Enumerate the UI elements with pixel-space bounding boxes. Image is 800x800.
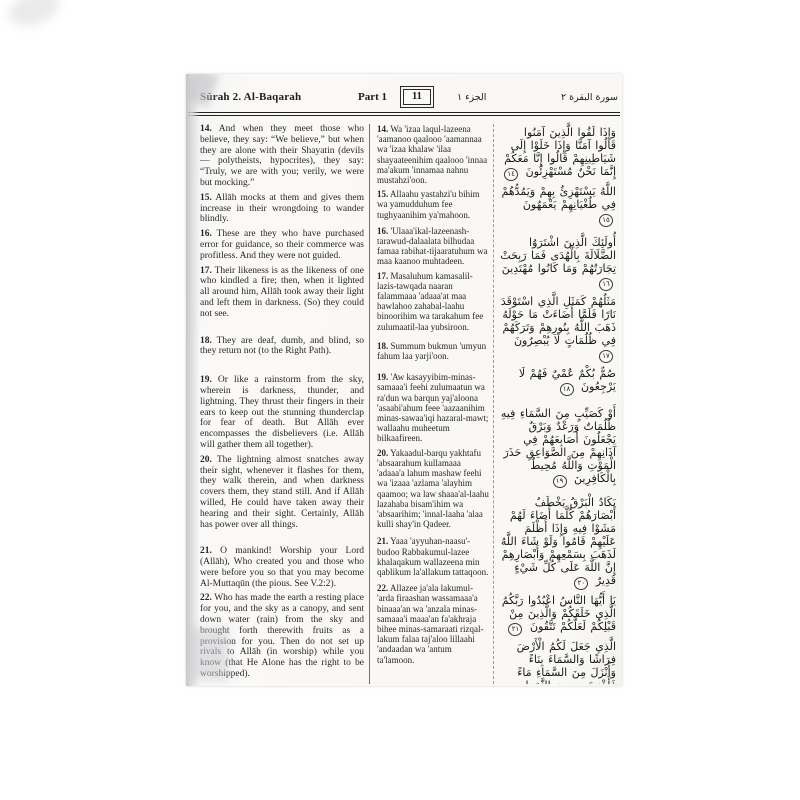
verse-22-translit: 22. Allazee ja'ala lakumul-'arda firaash… xyxy=(377,583,489,665)
surah-label-arabic: سورة البقرة ٢ xyxy=(561,92,618,103)
verse-number: 16. xyxy=(377,226,388,236)
verse-text: Who has made the earth a resting place f… xyxy=(200,593,364,679)
verse-20-arabic: يَكَادُ الْبَرْقُ يَخْطَفُ أَبْصَارَهُمْ… xyxy=(499,496,616,590)
verse-19-arabic: أَوْ كَصَيِّبٍ مِنَ السَّمَاءِ فِيهِ ظُل… xyxy=(499,407,616,488)
verse-17-english: 17. Their likeness is as the likeness of… xyxy=(200,266,364,320)
verse-number: 18. xyxy=(377,341,388,351)
verse-17-arabic: مَثَلُهُمْ كَمَثَلِ الَّذِي اسْتَوْقَدَ … xyxy=(499,295,616,363)
page-number-box: 11 xyxy=(403,89,431,105)
verse-text: Wa 'izaa laqul-lazeena 'aamanoo qaalooo … xyxy=(377,124,487,185)
verse-text: Allazee ja'ala lakumul-'arda firaashan w… xyxy=(377,583,483,664)
verse-15-english: 15. Allāh mocks at them and gives them i… xyxy=(200,193,364,225)
page-number: 11 xyxy=(412,91,422,102)
book-page: Sūrah 2. Al-Baqarah Part 1 11 الجزء ١ سو… xyxy=(186,74,622,686)
verse-number: 14. xyxy=(377,124,388,134)
verse-arabic-text: وَإِذَا لَقُوا الَّذِينَ آمَنُوا قَالُوا… xyxy=(504,126,616,178)
verse-19-english: 19. Or like a rainstorm from the sky, wh… xyxy=(200,375,364,451)
verse-text: These are they who have purchased error … xyxy=(200,229,364,261)
verse-number: 22. xyxy=(200,593,212,603)
verse-arabic-text: اللَّهُ يَسْتَهْزِئُ بِهِمْ وَيَمُدُّهُم… xyxy=(502,185,616,211)
verse-number: 15. xyxy=(377,189,388,199)
ayah-end-medallion: ١٤ xyxy=(504,168,518,181)
ayah-end-medallion: ١٩ xyxy=(553,475,567,488)
verse-number: 19. xyxy=(200,375,212,385)
verse-21-translit: 21. Yaaa 'ayyuhan-naasu'-budoo Rabbakumu… xyxy=(377,536,489,577)
verse-18-translit: 18. Summum bukmun 'umyun fahum laa yarji… xyxy=(377,341,489,361)
verse-arabic-text: الَّذِي جَعَلَ لَكُمُ الْأَرْضَ فِرَاشًا… xyxy=(509,640,616,684)
verse-arabic-text: مَثَلُهُمْ كَمَثَلِ الَّذِي اسْتَوْقَدَ … xyxy=(501,295,616,347)
verse-20-english: 20. The lightning almost snatches away t… xyxy=(200,455,364,531)
page-header: Sūrah 2. Al-Baqarah Part 1 11 الجزء ١ سو… xyxy=(186,86,622,108)
verse-14-translit: 14. Wa 'izaa laqul-lazeena 'aamanoo qaal… xyxy=(377,124,489,185)
verse-number: 21. xyxy=(200,546,212,556)
verse-number: 22. xyxy=(377,583,388,593)
verse-number: 20. xyxy=(377,448,388,458)
verse-text: Or like a rainstorm from the sky, wherei… xyxy=(200,375,364,450)
ayah-end-medallion: ٢١ xyxy=(508,623,522,636)
verse-21-arabic: يَا أَيُّهَا النَّاسُ اعْبُدُوا رَبَّكُم… xyxy=(499,594,616,636)
ayah-end-medallion: ٢٠ xyxy=(574,577,588,590)
verse-text: Their likeness is as the likeness of one… xyxy=(200,266,364,319)
verse-18-english: 18. They are deaf, dumb, and blind, so t… xyxy=(200,336,364,358)
verse-number: 16. xyxy=(200,229,212,239)
verse-arabic-text: أُولَئِكَ الَّذِينَ اشْتَرَوُا الضَّلَال… xyxy=(500,236,616,275)
verse-text: Allaahu yastahzi'u bihim wa yamudduhum f… xyxy=(377,189,480,219)
ayah-end-medallion: ١٧ xyxy=(599,350,613,363)
verse-arabic-text: أَوْ كَصَيِّبٍ مِنَ السَّمَاءِ فِيهِ ظُل… xyxy=(501,407,616,485)
verse-text: O mankind! Worship your Lord (Allāh), Wh… xyxy=(200,546,364,588)
column-english-translation: 14. And when they meet those who believe… xyxy=(200,124,370,684)
verse-15-arabic: اللَّهُ يَسْتَهْزِئُ بِهِمْ وَيَمُدُّهُم… xyxy=(499,185,616,227)
verse-21-english: 21. O mankind! Worship your Lord (Allāh)… xyxy=(200,546,364,589)
juz-label-arabic: الجزء ١ xyxy=(457,92,487,103)
verse-22-arabic: الَّذِي جَعَلَ لَكُمُ الْأَرْضَ فِرَاشًا… xyxy=(499,640,616,684)
content-columns: 14. And when they meet those who believe… xyxy=(186,116,622,684)
column-transliteration: 14. Wa 'izaa laqul-lazeena 'aamanoo qaal… xyxy=(370,124,494,684)
verse-20-translit: 20. Yakaadul-barqu yakhtafu 'absaarahum … xyxy=(377,448,489,530)
verse-text: 'Ulaaa'ikal-lazeenash-tarawud-dalaalata … xyxy=(377,226,487,267)
scanned-image-background: Sūrah 2. Al-Baqarah Part 1 11 الجزء ١ سو… xyxy=(0,0,800,800)
verse-text: And when they meet those who believe, th… xyxy=(200,124,364,188)
verse-text: 'Aw kasayyibim-minas-samaaa'i feehi zulu… xyxy=(377,372,488,443)
verse-number: 14. xyxy=(200,124,212,134)
scan-smudge xyxy=(5,0,64,31)
part-label: Part 1 xyxy=(358,91,387,103)
verse-18-arabic: صُمٌّ بُكْمٌ عُمْيٌ فَهُمْ لَا يَرْجِعُو… xyxy=(499,367,616,396)
verse-number: 15. xyxy=(200,193,212,203)
verse-16-english: 16. These are they who have purchased er… xyxy=(200,229,364,261)
verse-number: 21. xyxy=(377,536,388,546)
verse-14-english: 14. And when they meet those who believe… xyxy=(200,124,364,189)
verse-number: 17. xyxy=(200,266,212,276)
verse-text: Summum bukmun 'umyun fahum laa yarji'oon… xyxy=(377,341,486,361)
verse-text: They are deaf, dumb, and blind, so they … xyxy=(200,336,364,357)
verse-16-arabic: أُولَئِكَ الَّذِينَ اشْتَرَوُا الضَّلَال… xyxy=(499,236,616,291)
verse-number: 18. xyxy=(200,336,212,346)
verse-14-arabic: وَإِذَا لَقُوا الَّذِينَ آمَنُوا قَالُوا… xyxy=(499,126,616,181)
verse-17-translit: 17. Masaluhum kamasalil-lazis-tawqada na… xyxy=(377,271,489,332)
column-arabic-text: وَإِذَا لَقُوا الَّذِينَ آمَنُوا قَالُوا… xyxy=(494,124,618,684)
verse-text: Allāh mocks at them and gives them incre… xyxy=(200,193,364,225)
verse-text: The lightning almost snatches away their… xyxy=(200,455,364,530)
ayah-end-medallion: ١٨ xyxy=(560,383,574,396)
verse-arabic-text: يَكَادُ الْبَرْقُ يَخْطَفُ أَبْصَارَهُمْ… xyxy=(501,496,616,587)
verse-number: 20. xyxy=(200,455,212,465)
ayah-end-medallion: ١٦ xyxy=(599,278,613,291)
verse-number: 17. xyxy=(377,271,388,281)
ayah-end-medallion: ١٥ xyxy=(599,214,613,227)
verse-number: 19. xyxy=(377,372,388,382)
verse-text: Yaaa 'ayyuhan-naasu'-budoo Rabbakumul-la… xyxy=(377,536,488,577)
verse-text: Yakaadul-barqu yakhtafu 'absaarahum kull… xyxy=(377,448,489,529)
verse-19-translit: 19. 'Aw kasayyibim-minas-samaaa'i feehi … xyxy=(377,372,489,443)
verse-22-english: 22. Who has made the earth a resting pla… xyxy=(200,593,364,679)
surah-title: Sūrah 2. Al-Baqarah xyxy=(200,91,358,103)
verse-16-translit: 16. 'Ulaaa'ikal-lazeenash-tarawud-dalaal… xyxy=(377,226,489,267)
verse-text: Masaluhum kamasalil-lazis-tawqada naaran… xyxy=(377,271,483,332)
verse-15-translit: 15. Allaahu yastahzi'u bihim wa yamudduh… xyxy=(377,189,489,220)
